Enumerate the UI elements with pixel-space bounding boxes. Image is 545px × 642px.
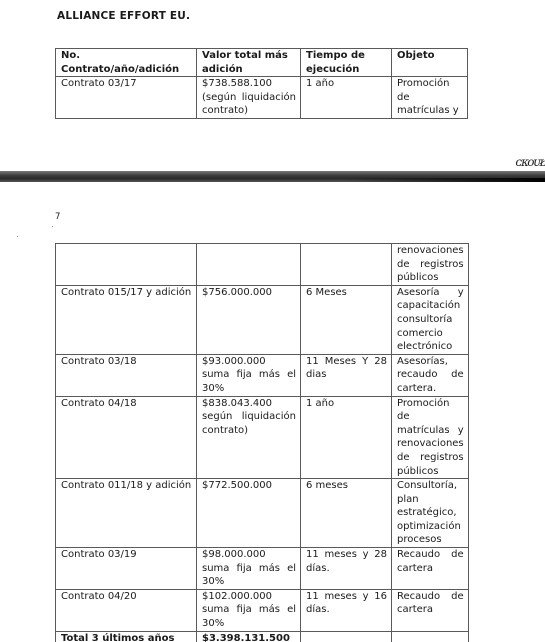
table-row: Contrato 04/18$838.043.400 según liquida… [56, 396, 469, 479]
header-object: Objeto [392, 49, 468, 77]
table-row: Contrato 04/20$102.000.000 suma fija más… [56, 589, 469, 631]
contracts-table-page-2: renovaciones de registros públicosContra… [55, 243, 469, 642]
scan-speck [17, 236, 18, 237]
cell-contract: Contrato 011/18 y adición [56, 479, 197, 548]
cell-time: 11 meses y 28 días. [301, 548, 392, 590]
cell-value: $98.000.000 suma fija más el 30% [197, 548, 301, 590]
table-row: Contrato 015/17 y adición$756.000.0006 M… [56, 285, 469, 354]
cell-contract: Contrato 03/17 [56, 77, 197, 119]
total-row: Total 3 últimos años$3.398.131.500 [56, 631, 469, 642]
cell-object: Promoción de matrículas y [392, 77, 468, 119]
cell-contract: Contrato 03/19 [56, 548, 197, 590]
table-row: Contrato 011/18 y adición$772.500.0006 m… [56, 479, 469, 548]
cell-time: 11 Meses Y 28 dias [301, 354, 392, 396]
cell-object: Recaudo de cartera [392, 589, 469, 631]
total-label: Total 3 últimos años [56, 631, 197, 642]
cell-value: $93.000.000 suma fija más el 30% [197, 354, 301, 396]
cell-time: 1 año [301, 77, 392, 119]
contracts-table-page-1: No. Contrato/año/adición Valor total más… [55, 48, 468, 119]
page-break-divider [0, 171, 545, 182]
cell-object [392, 631, 469, 642]
cell-object: Asesoría y capacitación consultoría come… [392, 285, 469, 354]
cell-value: $102.000.000 suma fija más el 30% [197, 589, 301, 631]
header-time: Tiempo de ejecución [301, 49, 392, 77]
table-row: renovaciones de registros públicos [56, 244, 469, 286]
table-row: Contrato 03/19$98.000.000 suma fija más … [56, 548, 469, 590]
table-row: Contrato 03/18$93.000.000 suma fija más … [56, 354, 469, 396]
page-number: 7 [55, 212, 60, 222]
cell-time: 6 meses [301, 479, 392, 548]
cell-contract: Contrato 015/17 y adición [56, 285, 197, 354]
cell-object: renovaciones de registros públicos [392, 244, 469, 286]
cell-object: Consultoría, plan estratégico, optimizac… [392, 479, 469, 548]
cell-time: 1 año [301, 396, 392, 479]
document-title: ALLIANCE EFFORT EU. [57, 10, 190, 22]
cell-value: $838.043.400 según liquidación contrato) [197, 396, 301, 479]
cell-object: Asesorías, recaudo de cartera. [392, 354, 469, 396]
table-row: Contrato 03/17 $738.588.100 (según liqui… [56, 77, 468, 119]
signature: ᴄᴋᴏᴜᴌ [515, 155, 545, 169]
cell-time [301, 244, 392, 286]
cell-object: Recaudo de cartera [392, 548, 469, 590]
cell-value [197, 244, 301, 286]
cell-time [301, 631, 392, 642]
total-value: $3.398.131.500 [197, 631, 301, 642]
cell-object: Promoción de matrículas y renovaciones d… [392, 396, 469, 479]
cell-time: 11 meses y 16 días. [301, 589, 392, 631]
header-value: Valor total más adición [197, 49, 301, 77]
cell-contract: Contrato 03/18 [56, 354, 197, 396]
table-header-row: No. Contrato/año/adición Valor total más… [56, 49, 468, 77]
cell-value: $772.500.000 [197, 479, 301, 548]
cell-value: $738.588.100 (según liquidación contrato… [197, 77, 301, 119]
cell-contract: Contrato 04/18 [56, 396, 197, 479]
cell-time: 6 Meses [301, 285, 392, 354]
cell-contract: Contrato 04/20 [56, 589, 197, 631]
header-contract: No. Contrato/año/adición [56, 49, 197, 77]
cell-value: $756.000.000 [197, 285, 301, 354]
scan-speck [52, 226, 53, 227]
cell-contract [56, 244, 197, 286]
